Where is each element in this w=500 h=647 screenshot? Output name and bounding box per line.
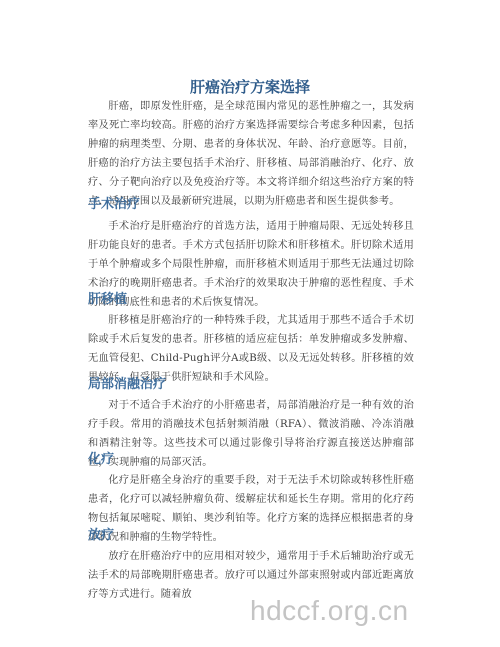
section-heading-radiotherapy: 放疗 (88, 524, 114, 543)
section-body-ablation: 对于不适合手术治疗的小肝癌患者，局部消融治疗是一种有效的治疗手段。常用的消融技术… (88, 396, 414, 472)
section-body-surgery: 手术治疗是肝癌治疗的首选方法，适用于肿瘤局限、无远处转移且肝功能良好的患者。手术… (88, 217, 414, 312)
document-page: 肝癌治疗方案选择 肝癌，即原发性肝癌，是全球范围内常见的恶性肿瘤之一，其发病率及… (0, 0, 500, 647)
section-heading-transplant: 肝移植 (88, 288, 127, 307)
section-body-chemotherapy: 化疗是肝癌全身治疗的重要手段，对于无法手术切除或转移性肝癌患者，化疗可以减轻肿瘤… (88, 471, 414, 547)
section-heading-surgery: 手术治疗 (88, 193, 140, 212)
section-heading-ablation: 局部消融治疗 (88, 373, 166, 392)
watermark-text: hdccf.org.cn (250, 595, 409, 627)
section-heading-chemotherapy: 化疗 (88, 448, 114, 467)
document-title: 肝癌治疗方案选择 (0, 76, 500, 97)
